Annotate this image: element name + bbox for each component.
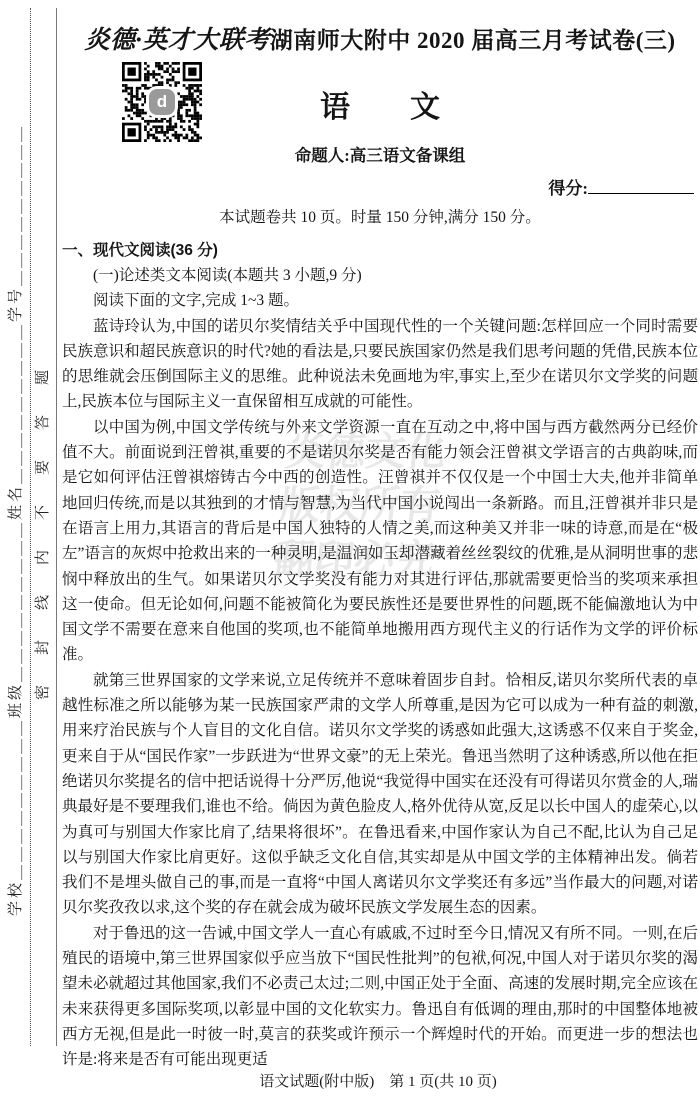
exam-brand: 炎德·英才大联考	[84, 27, 269, 54]
subject-row: d 语 文	[62, 56, 698, 142]
exam-info-line: 本试题卷共 10 页。时量 150 分钟,满分 150 分。	[62, 205, 698, 227]
score-blank-line	[588, 174, 694, 194]
score-label: 得分:	[548, 179, 588, 198]
passage-paragraph: 对于鲁迅的这一告诫,中国文学人一直心有戚戚,不过时至今日,情况又有所不同。一则,…	[62, 921, 698, 1073]
exam-title-line: 炎德·英才大联考湖南师大附中 2020 届高三月考试卷(三)	[62, 20, 698, 56]
passage-paragraph: 蓝诗玲认为,中国的诺贝尔奖情结关乎中国现代性的一个关键问题:怎样回应一个同时需要…	[62, 314, 698, 415]
subsection-heading: (一)论述类文本阅读(本题共 3 小题,9 分)	[62, 263, 698, 288]
proposer-line: 命题人:高三语文备课组	[62, 142, 698, 166]
exam-paper-page: 学校＿＿＿＿＿＿＿＿＿班级＿＿＿＿＿＿＿＿＿姓名＿＿＿＿＿＿＿＿＿学号＿＿＿＿＿…	[0, 0, 700, 1107]
qr-logo: d	[149, 89, 175, 115]
score-row: 得分:	[62, 174, 698, 200]
content-column: 炎德·英才大联考湖南师大附中 2020 届高三月考试卷(三) d 语 文 命题人…	[60, 0, 700, 1073]
passage: 蓝诗玲认为,中国的诺贝尔奖情结关乎中国现代性的一个关键问题:怎样回应一个同时需要…	[62, 314, 698, 1073]
reading-instruction: 阅读下面的文字,完成 1~3 题。	[62, 288, 698, 313]
seal-solid-line	[56, 8, 57, 1046]
qr-code-icon: d	[122, 62, 202, 142]
seal-notice: 密封线内不要答题	[31, 320, 53, 720]
exam-title: 湖南师大附中 2020 届高三月考试卷(三)	[270, 28, 676, 53]
page-footer: 语文试题(附中版) 第 1 页(共 10 页)	[60, 1070, 696, 1091]
student-info-blanks: 学校＿＿＿＿＿＿＿＿＿班级＿＿＿＿＿＿＿＿＿姓名＿＿＿＿＿＿＿＿＿学号＿＿＿＿＿…	[4, 110, 26, 930]
section-heading: 一、现代文阅读(36 分)	[62, 238, 698, 263]
passage-paragraph: 以中国为例,中国文学传统与外来文学资源一直在互动之中,将中国与西方截然两分已经价…	[62, 415, 698, 668]
passage-paragraph: 就第三世界国家的文学来说,立足传统并不意味着固步自封。恰相反,诺贝尔奖所代表的卓…	[62, 668, 698, 921]
